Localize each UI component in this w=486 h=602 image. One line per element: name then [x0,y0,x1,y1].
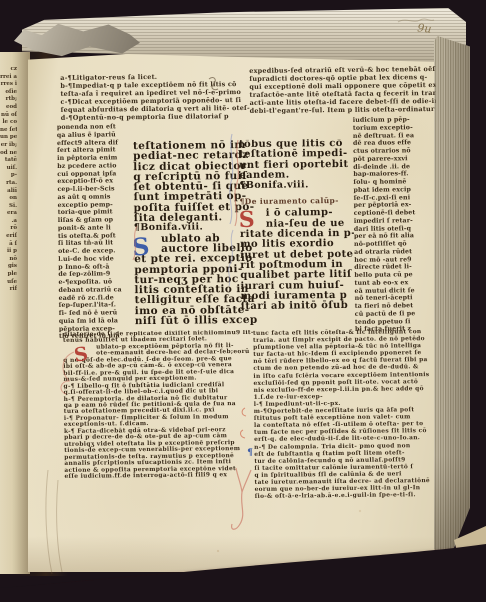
handwritten-folio-number: 9u [416,21,450,46]
illuminated-initial-red-S: S [239,209,255,231]
main-col2-paragraph-end: tōbus que litis cōteſtationē impedi-unt … [239,139,353,181]
illuminated-initial-blue-S: S [133,234,151,259]
gloss-top-right: expedibus-ſed otrariū eſt verū-& hoc ten… [249,65,436,118]
gloss-sublato-paragraph: S ublato-p exceptiōem pēptoria nō fit li… [63,343,259,384]
chapter-title-rubric: ¶De iuramento calūp- [240,196,354,206]
gloss-left-column: ponenda non eſtqa alius ē ipariūeffect9 … [57,123,133,343]
text-line: ſtari ab initō ōſub [241,301,355,312]
chapter-si-de-calumpnia: S i ō calump-nia-ſeu de ueritate dicenda… [240,208,355,312]
gloss-initial-red-S: S [73,345,90,366]
text-line: debi-tl'egant're-ſul. Item p litis oteſt… [250,105,436,115]
text-line: ſio-& oſt-ā-e-lria-ab.ā-e.e.i-guil-in ſp… [255,491,439,500]
main-text-column-2: tōbus que litis cōteſtationē impedi-unt … [239,139,355,335]
gloss-right-column: iudicium p pēp-torium exceptio-nē deſtru… [353,116,435,336]
gloss-top-left: a-¶Litigator-reus ſa licet.b-¶Impediat-q… [60,72,255,124]
text-line: d-¶Optentū-no-q pemptoria ſiue dilatoria… [61,112,255,122]
gloss-bottom-right: ¶ tunc facta eſt litis cōteſta-& ſic int… [253,328,439,504]
blue-paraph-mark: ¶ [247,448,253,458]
chapter-attribution-2: ¶Bonifa.viii. [239,180,353,191]
page-content: 9u a-¶Litigator-reus ſa licet.b-¶Impedia… [0,0,486,602]
gloss-bottom-left: dilatorie-de ſi de replicatōe dixiſſet n… [63,330,261,482]
photographed-book-page: czrrei arres ioſiertb;eodnū oſle cone ſe… [0,0,486,602]
text-line: debant otrariū ca [58,286,132,295]
text-line: eſſe iudicium.ff.de interroga-actō-ſi fi… [64,472,260,481]
